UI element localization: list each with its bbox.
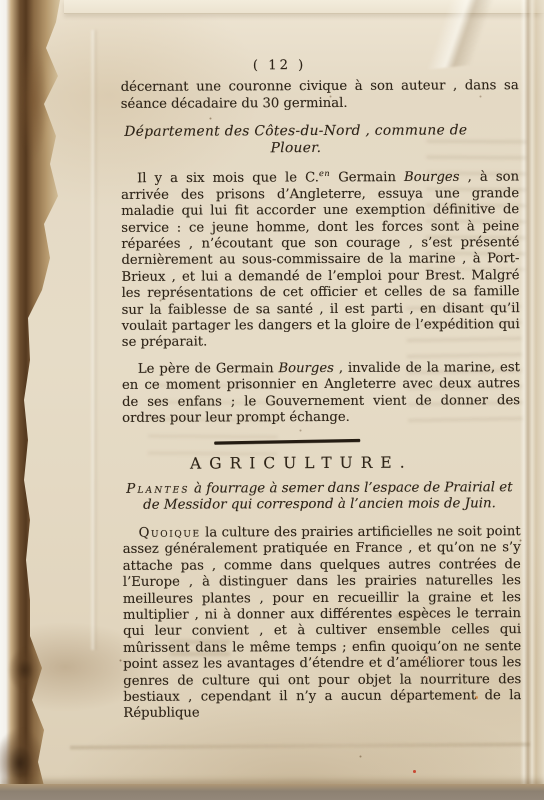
page-number: ( 12 ) <box>81 57 479 75</box>
text-segment: Bourges <box>404 170 460 185</box>
text-segment: Germain <box>330 170 404 185</box>
torn-edge-stain <box>18 40 48 160</box>
vertical-crease <box>90 30 98 650</box>
agriculture-body-paragraph: Quoique la culture des prairies artifici… <box>123 524 522 723</box>
intro-paragraph: décernant une couronne civique à son aut… <box>121 79 519 114</box>
bourges-paragraph-2: Le père de Germain Bourges , invalide de… <box>122 360 520 427</box>
agriculture-title: AGRICULTURE. <box>102 454 500 472</box>
text-segment: la culture des prairies artificielles ne… <box>123 524 522 721</box>
text-segment: , à son arrivée des prisons d’Angleterre… <box>121 170 520 351</box>
text-segment: Quoique <box>139 525 201 540</box>
right-page-fold <box>520 0 544 794</box>
bottom-page-edge <box>0 784 544 800</box>
page-content: ( 12 ) décernant une couronne civique à … <box>121 57 522 723</box>
text-segment: Il y a six mois que le C. <box>137 170 319 186</box>
section-heading: Département des Côtes-du-Nord , commune … <box>97 122 495 157</box>
dust-speckles <box>0 0 1 1</box>
text-segment: à fourrage à semer dans l’espace de Prai… <box>143 480 513 513</box>
text-segment: en <box>319 168 330 178</box>
agriculture-subtitle: Plantes à fourrage à semer dans l’espace… <box>124 480 514 515</box>
text-segment: Plantes <box>126 481 190 496</box>
text-segment: Le père de Germain <box>138 361 279 377</box>
text-segment: Bourges <box>278 361 334 376</box>
section-divider-rule <box>214 438 360 444</box>
bourges-paragraph-1: Il y a six mois que le C.en Germain Bour… <box>121 164 520 352</box>
scanned-document-page: ( 12 ) décernant une couronne civique à … <box>0 0 544 800</box>
